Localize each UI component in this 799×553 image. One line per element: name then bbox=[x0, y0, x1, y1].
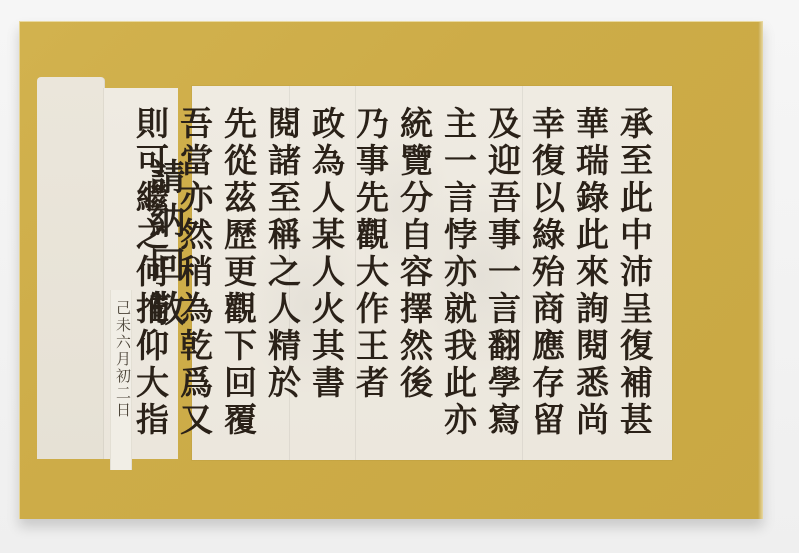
calligraphy-column: 乃事先觀大作王者 bbox=[352, 106, 388, 446]
calligraphy-column: 華瑞錄此來詢閱悉尚 bbox=[572, 106, 608, 446]
calligraphy-column: 幸復以綠殆商應存留 bbox=[528, 106, 564, 446]
calligraphy-column: 承至此中沛呈復補甚 bbox=[616, 106, 652, 446]
letter-sheet: 承至此中沛呈復補甚 華瑞錄此來詢閱悉尚 幸復以綠殆商應存留 及迎吾事一言翻學寫 … bbox=[192, 86, 672, 460]
envelope-date: 己未六月初二日 bbox=[112, 300, 130, 419]
envelope-back-flap bbox=[37, 77, 105, 459]
calligraphy-column: 統覽分自容擇然後 bbox=[396, 106, 432, 446]
calligraphy-column: 吾當亦然稍為乾爲又 bbox=[176, 106, 212, 446]
calligraphy-column: 政為人某人火其書 bbox=[308, 106, 344, 446]
calligraphy-column: 閱諸至稱之人精於 bbox=[264, 106, 300, 446]
calligraphy-columns: 承至此中沛呈復補甚 華瑞錄此來詢閱悉尚 幸復以綠殆商應存留 及迎吾事一言翻學寫 … bbox=[132, 106, 652, 446]
calligraphy-column: 及迎吾事一言翻學寫 bbox=[484, 106, 520, 446]
silk-mount-edge bbox=[758, 22, 763, 519]
calligraphy-column: 先從茲歷更觀下回覆 bbox=[220, 106, 256, 446]
calligraphy-column: 則可繼之何推仰大指 bbox=[132, 106, 168, 446]
calligraphy-column: 主一言悖亦就我此亦 bbox=[440, 106, 476, 446]
